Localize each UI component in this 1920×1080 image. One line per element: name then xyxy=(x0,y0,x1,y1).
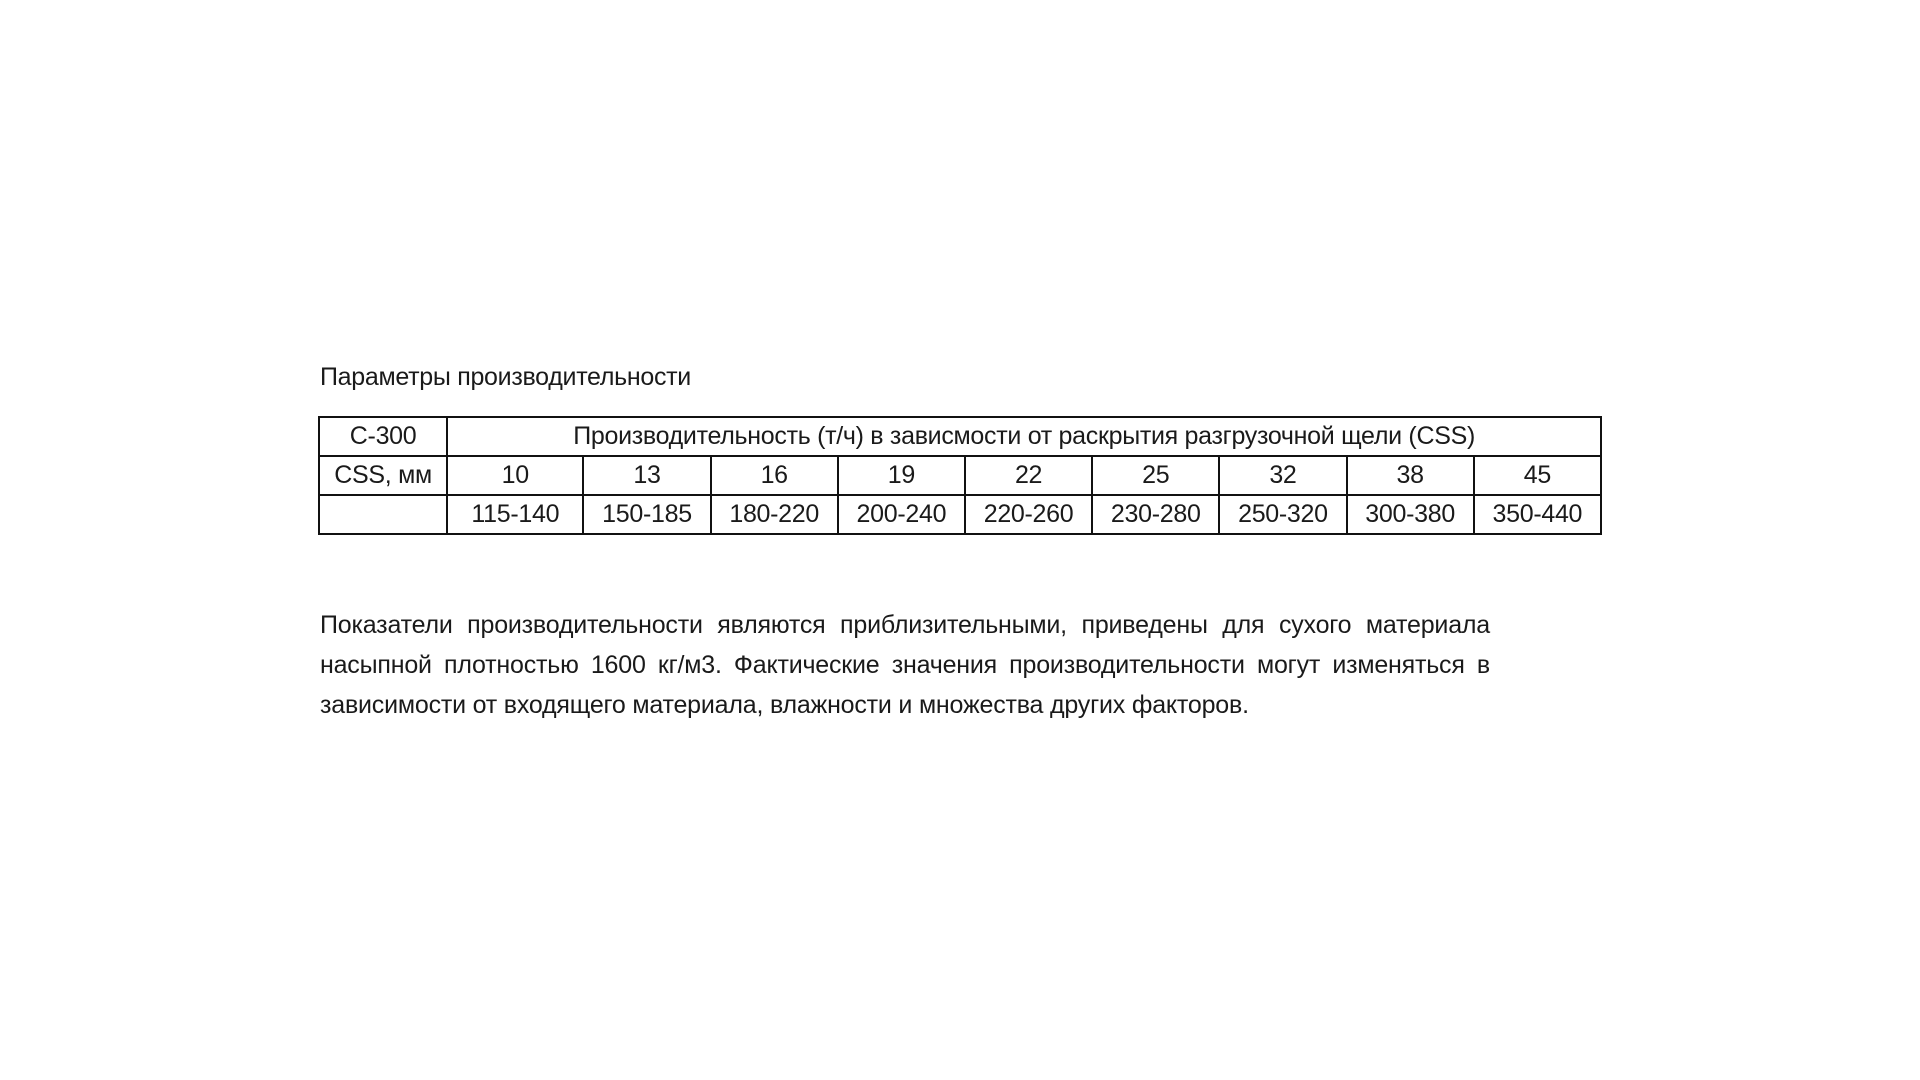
css-row: CSS, мм 101316192225323845 xyxy=(319,456,1601,495)
capacity-label-cell xyxy=(319,495,447,534)
table-header-cell: Производительность (т/ч) в зависмости от… xyxy=(447,417,1601,456)
capacity-value-cell: 250-320 xyxy=(1219,495,1346,534)
capacity-value-cell: 150-185 xyxy=(583,495,710,534)
css-value-cell: 13 xyxy=(583,456,710,495)
table-header-row: C-300 Производительность (т/ч) в зависмо… xyxy=(319,417,1601,456)
capacity-value-cell: 300-380 xyxy=(1347,495,1474,534)
css-value-cell: 38 xyxy=(1347,456,1474,495)
performance-note: Показатели производительности являются п… xyxy=(320,605,1490,725)
performance-table: C-300 Производительность (т/ч) в зависмо… xyxy=(318,416,1602,535)
css-value-cell: 19 xyxy=(838,456,965,495)
css-value-cell: 16 xyxy=(711,456,838,495)
css-value-cell: 25 xyxy=(1092,456,1219,495)
capacity-value-cell: 200-240 xyxy=(838,495,965,534)
css-label-cell: CSS, мм xyxy=(319,456,447,495)
css-value-cell: 22 xyxy=(965,456,1092,495)
capacity-value-cell: 180-220 xyxy=(711,495,838,534)
capacity-value-cell: 350-440 xyxy=(1474,495,1601,534)
section-title: Параметры производительности xyxy=(320,362,691,392)
capacity-value-cell: 220-260 xyxy=(965,495,1092,534)
capacity-row: 115-140150-185180-220200-240220-260230-2… xyxy=(319,495,1601,534)
css-value-cell: 10 xyxy=(447,456,583,495)
capacity-value-cell: 230-280 xyxy=(1092,495,1219,534)
css-value-cell: 45 xyxy=(1474,456,1601,495)
capacity-value-cell: 115-140 xyxy=(447,495,583,534)
css-value-cell: 32 xyxy=(1219,456,1346,495)
model-cell: C-300 xyxy=(319,417,447,456)
